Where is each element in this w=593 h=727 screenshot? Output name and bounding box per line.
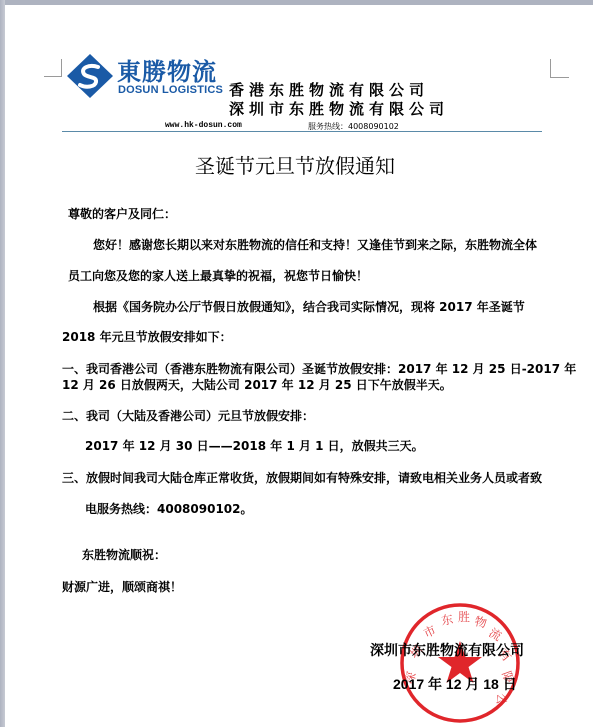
company-seal-icon: 深 圳 市 东 胜 物 流 有 限 公 [398,601,522,725]
svg-text:公: 公 [494,693,509,706]
item-3-line-1: 三、放假时间我司大陆仓库正常收货，放假期间如有特殊安排，请致电相关业务人员或者致 [62,469,542,486]
logo-chinese-text: 東勝物流 [117,52,217,87]
item-2-line-1: 二、我司（大陆及香港公司）元旦节放假安排： [62,407,314,424]
salutation: 尊敬的客户及同仁： [68,205,176,222]
crop-mark-top-right [550,59,569,78]
svg-text:胜: 胜 [458,609,470,624]
paragraph-2-line-1: 根据《国务院办公厅节假日放假通知》，结合我司实际情况，现将 2017 年圣诞节 [93,298,525,315]
logo-english-text: DOSUN LOGISTICS [118,84,223,96]
website-text: www.hk-dosun.com [165,121,242,130]
item-3-line-2: 电服务热线：4008090102。 [85,500,253,517]
closing-line-2: 财源广进，顺颂商祺！ [62,578,182,595]
paragraph-2-line-2: 2018 年元旦节放假安排如下： [62,328,232,345]
company-name-hk: 香港东胜物流有限公司 [229,79,429,100]
company-logo: 東勝物流 DOSUN LOGISTICS [67,52,217,100]
svg-text:市: 市 [421,623,438,641]
document-title: 圣诞节元旦节放假通知 [195,150,395,179]
svg-text:物: 物 [473,613,488,630]
item-1-line-1: 一、我司香港公司（香港东胜物流有限公司）圣诞节放假安排：2017 年 12 月 … [62,360,576,377]
svg-text:东: 东 [440,612,454,628]
item-1-line-2: 12 月 26 日放假两天，大陆公司 2017 年 12 月 25 日下午放假半… [62,376,452,393]
header-divider [62,131,542,132]
paragraph-1-line-1: 您好！感谢您长期以来对东胜物流的信任和支持！又逢佳节到来之际，东胜物流全体 [93,236,537,253]
signature-company: 深圳市东胜物流有限公司 [370,640,524,660]
logo-diamond-icon [67,54,113,98]
paragraph-1-line-2: 员工向您及您的家人送上最真挚的祝福，祝您节日愉快！ [68,267,368,284]
item-2-line-2: 2017 年 12 月 30 日——2018 年 1 月 1 日，放假共三天。 [85,437,424,454]
signature-date: 2017 年 12 月 18 日 [393,674,517,694]
company-name-sz: 深圳市东胜物流有限公司 [229,98,449,119]
closing-line-1: 东胜物流顺祝： [82,546,166,563]
crop-mark-top-left [44,59,62,77]
